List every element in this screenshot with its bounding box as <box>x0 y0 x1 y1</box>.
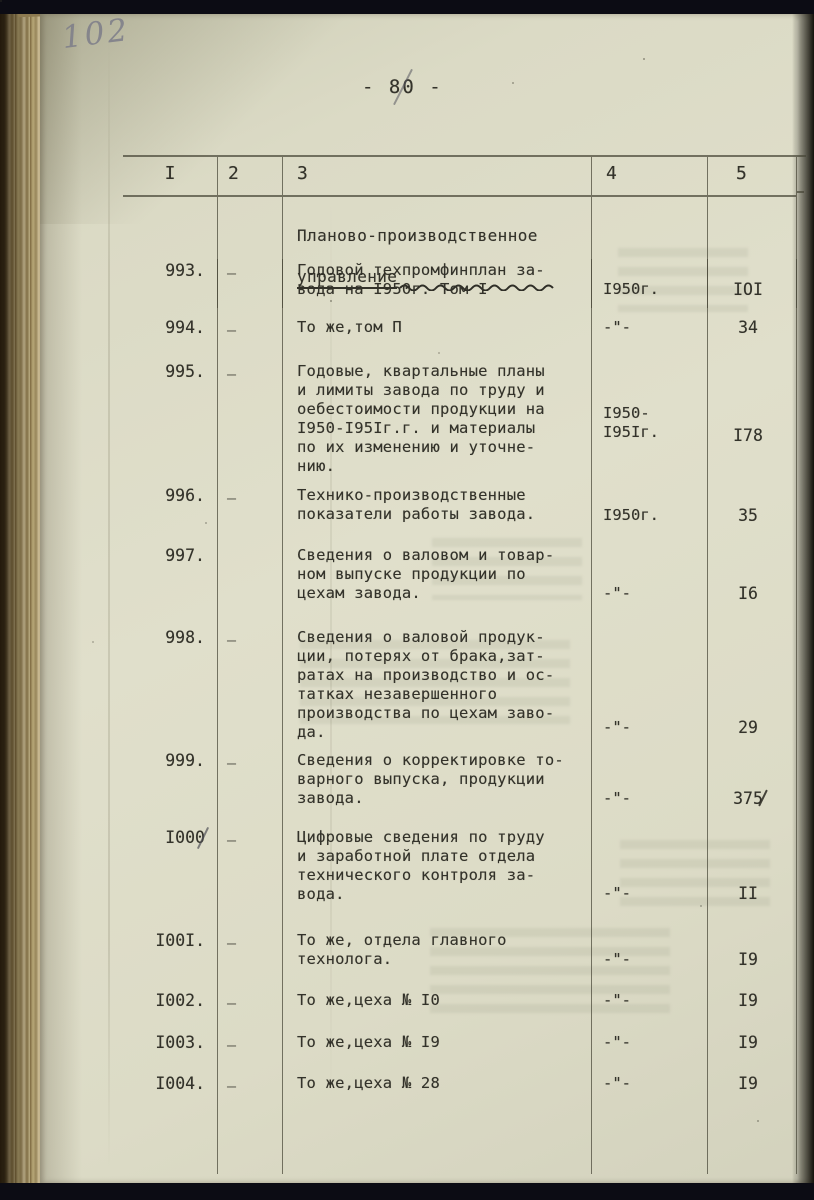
entry-date-cell: -"- <box>592 544 708 626</box>
entry-sheet-count-cell: I78 <box>708 360 797 484</box>
column-header: 2 <box>218 157 283 195</box>
table-row: 994.–То же,том П-"-34 <box>123 316 797 360</box>
entry-mark: – <box>227 754 282 772</box>
empty-cell <box>592 1114 708 1174</box>
entry-number-cell: I002. <box>123 989 218 1031</box>
entry-description: Сведения о валовой продук- ции, потерях … <box>283 626 592 749</box>
entry-date: I950г. <box>603 280 707 299</box>
entry-description: То же, отдела главного технолога. <box>283 929 592 989</box>
entry-number: I002. <box>155 991 205 1010</box>
entry-number: I000 <box>165 828 205 847</box>
entry-mark-cell: – <box>218 929 283 989</box>
table-row: 998.–Сведения о валовой продук- ции, пот… <box>123 626 797 749</box>
entry-sheet-count-cell: I9 <box>708 1072 797 1114</box>
entry-date: -"- <box>603 991 707 1010</box>
entry-number-cell: I003. <box>123 1031 218 1072</box>
entry-sheet-count-cell: 34 <box>708 316 797 360</box>
entry-description: Сведения о валовом и товар- ном выпуске … <box>283 544 592 626</box>
entry-number: 993. <box>165 261 205 280</box>
entry-date-cell: -"- <box>592 826 708 929</box>
entry-mark-cell: – <box>218 484 283 544</box>
table-row: 997.Сведения о валовом и товар- ном выпу… <box>123 544 797 626</box>
entry-mark: – <box>227 934 282 952</box>
entry-mark-cell: – <box>218 360 283 484</box>
entry-number: I003. <box>155 1033 205 1052</box>
entry-date: -"- <box>603 884 707 903</box>
scan-border-bottom <box>0 1183 814 1200</box>
entry-mark: – <box>227 994 282 1012</box>
entry-description: Годовой техпромфинплан за- вода на I950г… <box>283 259 592 316</box>
entry-sheet-count: I9 <box>738 1074 758 1093</box>
entry-description: То же,цеха № I0 <box>283 989 592 1031</box>
table-row: 996.–Технико-производственные показатели… <box>123 484 797 544</box>
entry-number: I004. <box>155 1074 205 1093</box>
entry-sheet-count: I9 <box>738 950 758 969</box>
entry-number: I00I. <box>155 931 205 950</box>
entry-date: -"- <box>603 584 707 603</box>
record-table: I2345 Планово-производственное управлени… <box>123 155 797 1174</box>
table-rule-extension <box>797 155 806 157</box>
table-row: I003.–То же,цеха № I9-"-I9 <box>123 1031 797 1072</box>
entry-date-cell: -"- <box>592 626 708 749</box>
entry-date-cell: -"- <box>592 749 708 826</box>
entry-number: 995. <box>165 362 205 381</box>
entry-mark: – <box>227 365 282 383</box>
entry-sheet-count-cell: I6 <box>708 544 797 626</box>
empty-cell <box>283 1114 592 1174</box>
entry-description: Годовые, квартальные планы и лимиты заво… <box>283 360 592 484</box>
entry-sheet-count: 35 <box>738 506 758 525</box>
entry-number-cell: 997. <box>123 544 218 626</box>
entry-mark-cell: – <box>218 1031 283 1072</box>
entry-sheet-count-cell: 375 <box>708 749 797 826</box>
entry-sheet-count: I78 <box>733 426 763 445</box>
entry-mark: – <box>227 489 282 507</box>
column-header: I <box>123 157 218 195</box>
paper-crease <box>108 40 110 1170</box>
table-header-row: I2345 <box>123 155 797 197</box>
entry-date: -"- <box>603 1033 707 1052</box>
entry-number-cell: 994. <box>123 316 218 360</box>
entry-description: То же,цеха № 28 <box>283 1072 592 1114</box>
section-heading-line1: Планово-производственное <box>297 226 591 245</box>
entry-mark-cell: – <box>218 626 283 749</box>
entry-date-cell: I950г. <box>592 259 708 316</box>
entry-sheet-count: II <box>738 884 758 903</box>
entry-description: Цифровые сведения по труду и заработной … <box>283 826 592 929</box>
dust-specks <box>0 0 2 2</box>
column-header: 3 <box>283 157 592 195</box>
entry-number: 996. <box>165 486 205 505</box>
scanned-page: 102 - 80 - I2345 Планово-производственно… <box>0 0 814 1200</box>
entry-sheet-count-cell: 29 <box>708 626 797 749</box>
entry-description: Технико-производственные показатели рабо… <box>283 484 592 544</box>
entry-number-cell: I00I. <box>123 929 218 989</box>
entry-sheet-count-cell: I9 <box>708 989 797 1031</box>
entry-mark: – <box>227 321 282 339</box>
entry-mark-cell: – <box>218 1072 283 1114</box>
entry-number-cell: 993. <box>123 259 218 316</box>
entry-sheet-count: I9 <box>738 1033 758 1052</box>
entry-date-cell: -"- <box>592 1072 708 1114</box>
entry-date-cell: -"- <box>592 1031 708 1072</box>
entry-mark: – <box>227 264 282 282</box>
table-row: I00I.–То же, отдела главного технолога.-… <box>123 929 797 989</box>
empty-cell <box>123 1114 218 1174</box>
entry-number: 997. <box>165 546 205 565</box>
entry-number: 994. <box>165 318 205 337</box>
table-row: I004.–То же,цеха № 28-"-I9 <box>123 1072 797 1114</box>
entry-sheet-count: 34 <box>738 318 758 337</box>
entry-mark-cell: – <box>218 259 283 316</box>
page-number: - 80 - <box>362 76 443 98</box>
entry-mark: – <box>227 831 282 849</box>
table-body: Планово-производственное управление 993.… <box>123 197 797 1174</box>
entry-number-cell: 995. <box>123 360 218 484</box>
table-row: I000–Цифровые сведения по труду и зарабо… <box>123 826 797 929</box>
entry-mark-cell <box>218 544 283 626</box>
entry-date: -"- <box>603 789 707 808</box>
entry-date: -"- <box>603 1074 707 1093</box>
section-heading-row: Планово-производственное управление <box>123 197 797 259</box>
entry-mark-cell: – <box>218 749 283 826</box>
entry-mark: – <box>227 1077 282 1095</box>
entry-date: -"- <box>603 950 707 969</box>
entry-mark: – <box>227 631 282 649</box>
entry-sheet-count-cell: I9 <box>708 929 797 989</box>
entry-sheet-count-cell: I9 <box>708 1031 797 1072</box>
table-row: 993.–Годовой техпромфинплан за- вода на … <box>123 259 797 316</box>
entry-number-cell: I000 <box>123 826 218 929</box>
empty-cell <box>218 1114 283 1174</box>
entry-sheet-count: 29 <box>738 718 758 737</box>
entry-date-cell: -"- <box>592 989 708 1031</box>
entry-description: Сведения о корректировке то- варного вып… <box>283 749 592 826</box>
entry-date-cell: I950- I95Iг. <box>592 360 708 484</box>
entry-mark-cell: – <box>218 826 283 929</box>
entry-description: То же,том П <box>283 316 592 360</box>
table-row: 995.–Годовые, квартальные планы и лимиты… <box>123 360 797 484</box>
entry-number-cell: I004. <box>123 1072 218 1114</box>
column-header: 4 <box>592 157 708 195</box>
entry-description: То же,цеха № I9 <box>283 1031 592 1072</box>
empty-cell <box>708 1114 797 1174</box>
pencil-strike-mark <box>197 827 209 849</box>
entry-number: 999. <box>165 751 205 770</box>
entry-sheet-count: I6 <box>738 584 758 603</box>
empty-row <box>123 1114 797 1174</box>
entry-sheet-count-cell: IOI <box>708 259 797 316</box>
entry-mark-cell: – <box>218 316 283 360</box>
entry-sheet-count-cell: 35 <box>708 484 797 544</box>
entry-date-cell: I950г. <box>592 484 708 544</box>
book-binding-edge <box>0 12 44 1185</box>
entry-date: -"- <box>603 318 707 337</box>
entry-date: I950- I95Iг. <box>603 404 707 442</box>
entry-number-cell: 996. <box>123 484 218 544</box>
entry-sheet-count: I9 <box>738 991 758 1010</box>
table-row: 999.–Сведения о корректировке то- варног… <box>123 749 797 826</box>
table-row: I002.–То же,цеха № I0-"-I9 <box>123 989 797 1031</box>
entry-mark: – <box>227 1036 282 1054</box>
entry-date-cell: -"- <box>592 929 708 989</box>
entry-sheet-count: 375 <box>733 789 763 808</box>
table-rule-extension <box>797 191 804 193</box>
entry-mark-cell: – <box>218 989 283 1031</box>
entry-date-cell: -"- <box>592 316 708 360</box>
column-header: 5 <box>708 157 797 195</box>
entry-date: I950г. <box>603 506 707 525</box>
entry-sheet-count-cell: II <box>708 826 797 929</box>
entry-number-cell: 998. <box>123 626 218 749</box>
ink-strike-mark <box>758 789 768 806</box>
entry-number-cell: 999. <box>123 749 218 826</box>
entry-sheet-count: IOI <box>733 280 763 299</box>
entry-number: 998. <box>165 628 205 647</box>
entry-date: -"- <box>603 718 707 737</box>
